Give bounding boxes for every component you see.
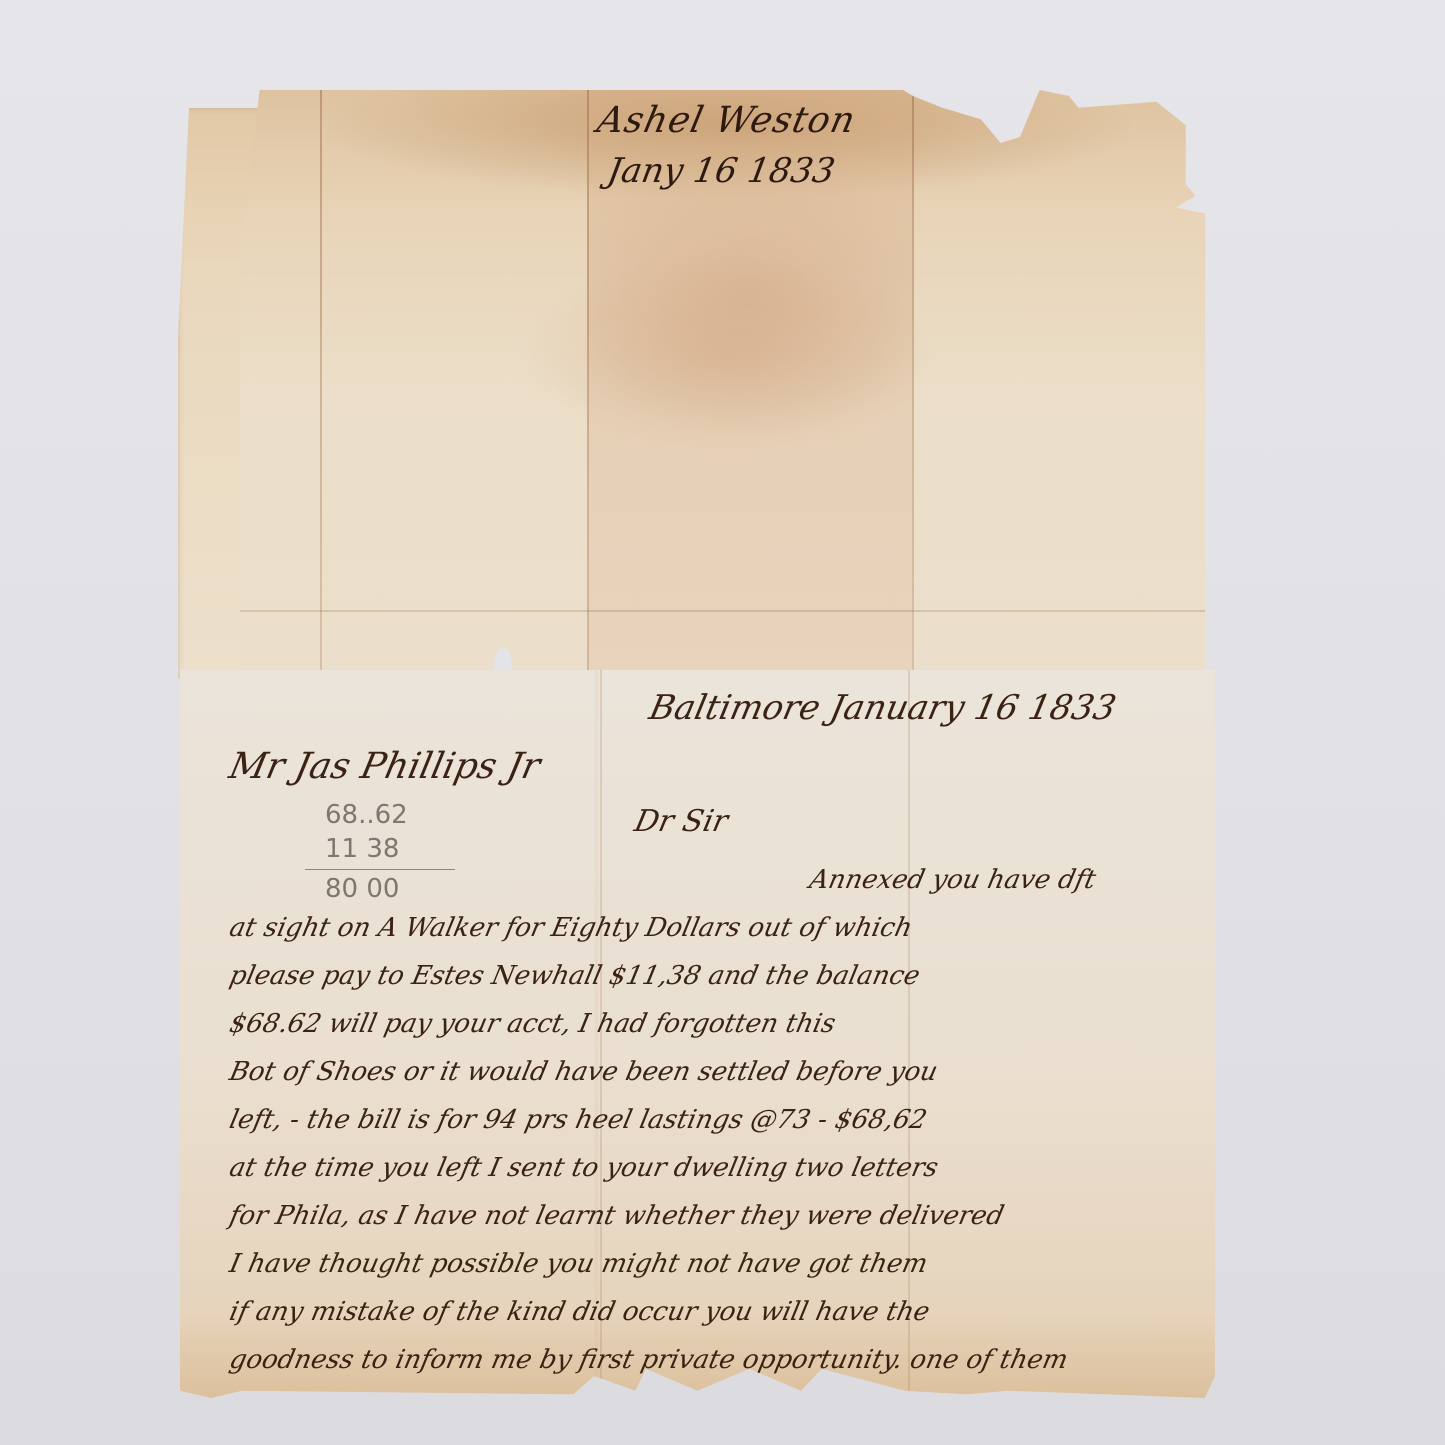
body-line: at sight on A Walker for Eighty Dollars … — [225, 904, 1220, 952]
letter-dateline: Baltimore January 16 1833 — [646, 688, 1120, 728]
body-line: left, - the bill is for 94 prs heel last… — [225, 1096, 1220, 1144]
letter-sheet: Baltimore January 16 1833 Mr Jas Phillip… — [180, 670, 1215, 1398]
body-line: Annexed you have dft — [225, 856, 1220, 904]
fold-line — [912, 90, 914, 678]
body-line: if any mistake of the kind did occur you… — [225, 1288, 1220, 1336]
fold-line — [587, 90, 589, 678]
cover-docket: Ashel Weston Jany 16 1833 — [598, 100, 855, 191]
fold-line-horizontal — [240, 610, 1215, 612]
body-line: goodness to inform me by first private o… — [225, 1336, 1220, 1384]
letter-addressee: Mr Jas Phillips Jr — [226, 746, 544, 787]
signature: Asahel Weston — [833, 1393, 1052, 1423]
closing-text: was of some importance Yours Respectfull… — [227, 1393, 807, 1423]
body-line: Bot of Shoes or it would have been settl… — [225, 1048, 1220, 1096]
body-line: I have thought possible you might not ha… — [225, 1240, 1220, 1288]
signature-underline — [991, 1425, 1182, 1428]
pencil-line-1: 68..62 — [325, 798, 455, 832]
photo-stage: Ashel Weston Jany 16 1833 Baltimore Janu… — [0, 0, 1445, 1445]
fold-line — [320, 90, 322, 678]
body-line: $68.62 will pay your acct, I had forgott… — [225, 1000, 1220, 1048]
docket-date: Jany 16 1833 — [604, 151, 858, 191]
docket-name: Ashel Weston — [594, 100, 860, 141]
letter-body: Annexed you have dft at sight on A Walke… — [230, 856, 1215, 1432]
closing-line: was of some importance Yours Respectfull… — [225, 1384, 1220, 1432]
body-line: at the time you left I sent to your dwel… — [225, 1144, 1220, 1192]
body-line: for Phila, as I have not learnt whether … — [225, 1192, 1220, 1240]
letter-salutation: Dr Sir — [631, 804, 731, 839]
body-line: please pay to Estes Newhall $11,38 and t… — [225, 952, 1220, 1000]
